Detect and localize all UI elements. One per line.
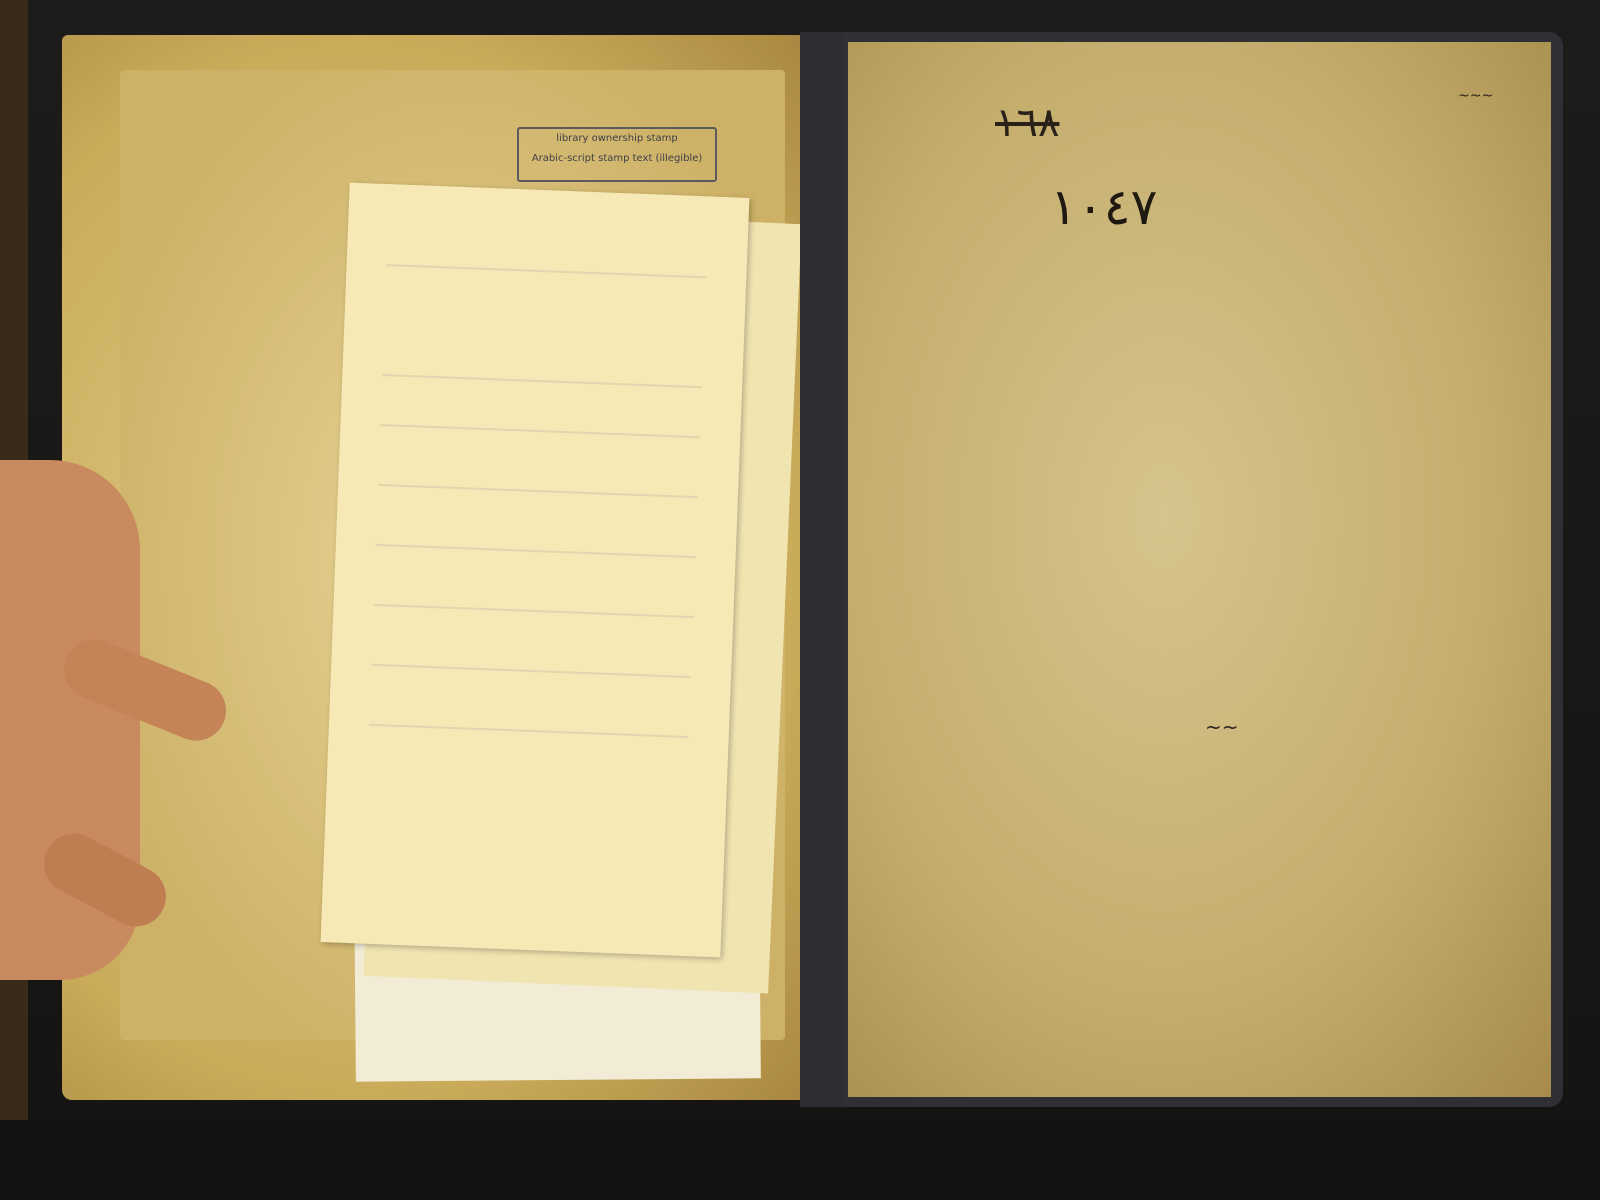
stamp-line-2: Arabic-script stamp text (illegible) (519, 149, 715, 169)
right-page (848, 42, 1551, 1097)
hand-holding-page (0, 460, 230, 1000)
faint-writing (374, 604, 694, 618)
middle-note: ~~ (1205, 715, 1239, 739)
faint-writing (387, 264, 707, 278)
faint-writing (380, 424, 700, 438)
stamp-line-1: library ownership stamp (519, 129, 715, 149)
faint-writing (369, 724, 689, 738)
library-stamp: library ownership stamp Arabic-script st… (517, 127, 717, 182)
inserted-note-front (321, 183, 750, 958)
faint-writing (376, 544, 696, 558)
faint-writing (371, 664, 691, 678)
book-spine (800, 32, 845, 1107)
old-catalog-number: ١٦٨ (995, 100, 1059, 146)
faint-writing (378, 484, 698, 498)
faint-writing (382, 374, 702, 388)
catalog-number: ١٠٤٧ (1050, 178, 1157, 236)
corner-note: ~~~ (1458, 88, 1493, 104)
bottom-shadow (0, 1120, 1600, 1200)
